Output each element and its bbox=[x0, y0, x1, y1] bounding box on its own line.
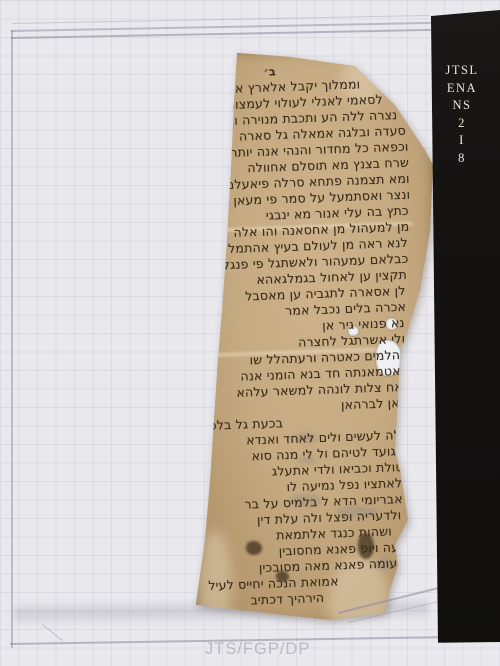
gridpaper-background: ב׳וממלוך יקבל אלארץ אנאס לעמלסלסאמי לאנל… bbox=[0, 0, 500, 666]
shelfmark-strip: JTSLENANS2I8 bbox=[424, 0, 500, 666]
shelfmark-line: 8 bbox=[424, 150, 500, 168]
shelfmark-label: JTSLENANS2I8 bbox=[424, 62, 500, 167]
shelfmark-line: 2 bbox=[424, 115, 500, 133]
shelfmark-line: I bbox=[424, 132, 500, 150]
manuscript-fragment: ב׳וממלוך יקבל אלארץ אנאס לעמלסלסאמי לאנל… bbox=[190, 50, 435, 625]
manuscript-text-block: ב׳וממלוך יקבל אלארץ אנאס לעמלסלסאמי לאנל… bbox=[209, 61, 425, 610]
glass-edge-top-line bbox=[12, 15, 430, 24]
glass-edge-top-line bbox=[11, 22, 431, 32]
watermark: JTS/FGP/DP bbox=[205, 640, 345, 659]
glass-edge-left-line bbox=[11, 30, 13, 648]
glass-reflection-diagonal bbox=[42, 624, 63, 641]
shelfmark-line: JTSL bbox=[424, 62, 500, 80]
glass-edge-top-line bbox=[11, 29, 431, 39]
shelfmark-line: ENA bbox=[424, 80, 500, 98]
manuscript-paper: ב׳וממלוך יקבל אלארץ אנאס לעמלסלסאמי לאנל… bbox=[190, 50, 435, 625]
shelfmark-line: NS bbox=[424, 97, 500, 115]
